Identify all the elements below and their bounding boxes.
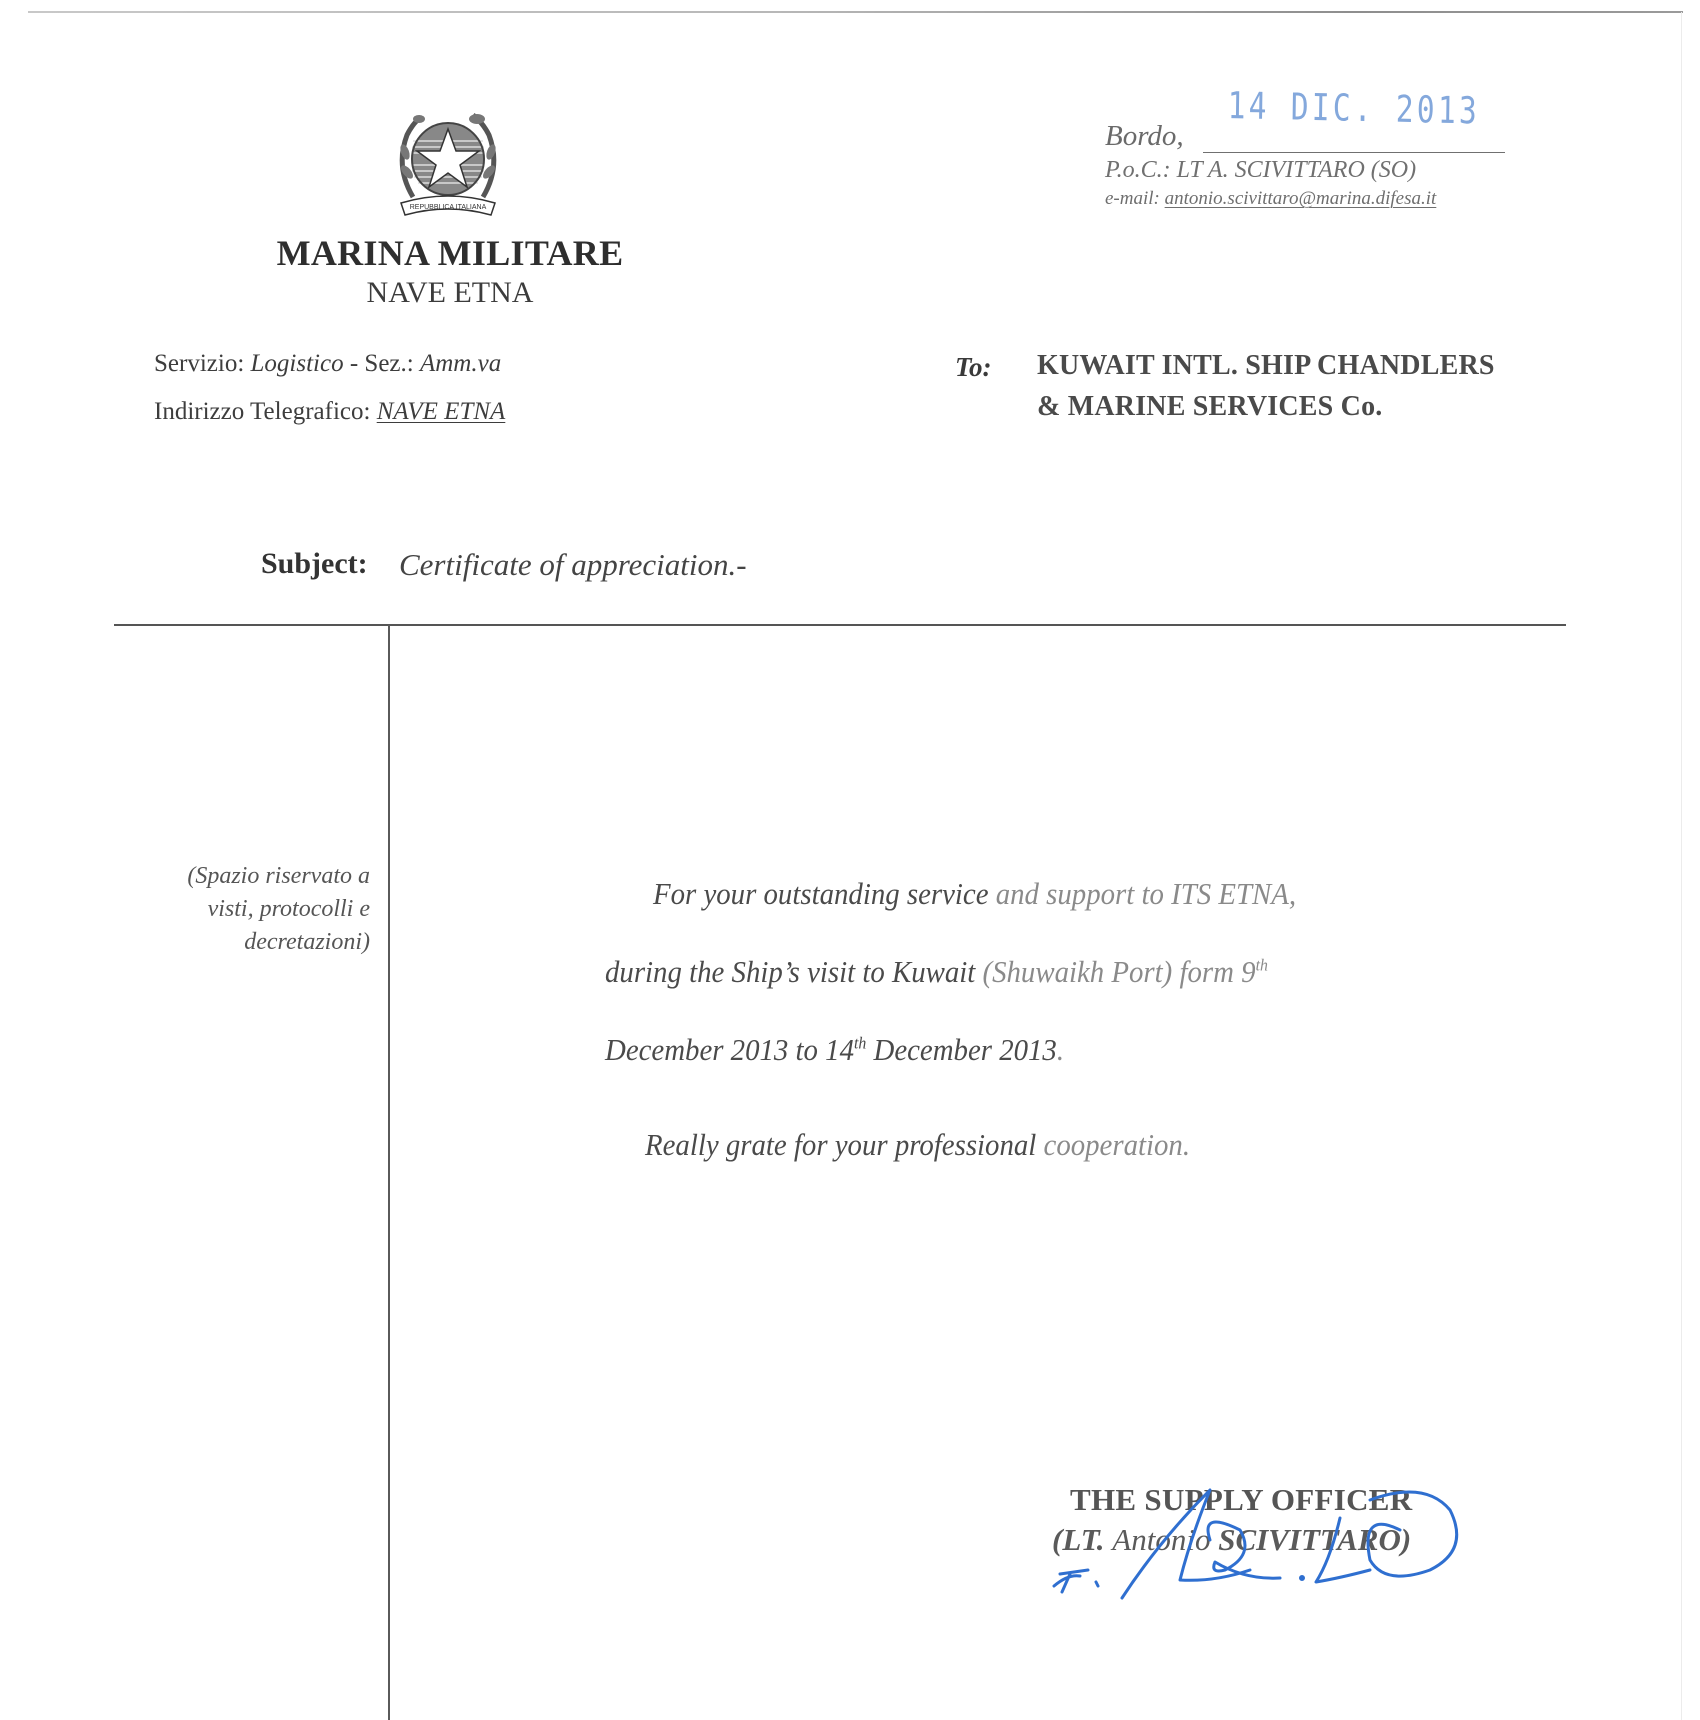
servizio-label: Servizio:: [154, 350, 244, 377]
recipient-line-2: & MARINE SERVICES Co.: [1037, 391, 1382, 423]
email-link[interactable]: antonio.scivittaro@marina.difesa.it: [1165, 188, 1437, 209]
italian-republic-emblem-icon: REPUBBLICA ITALIANA: [393, 107, 503, 225]
reserved-space-note: (Spazio riservato a visti, protocolli e …: [140, 860, 370, 959]
subject-value: Certificate of appreciation.-: [399, 547, 747, 583]
ordinal-suffix: th: [854, 1034, 866, 1053]
email-line: e-mail: antonio.scivittaro@marina.difesa…: [1105, 188, 1436, 210]
ordinal-suffix: th: [1256, 956, 1268, 975]
side-note-line: visti, protocolli e: [140, 893, 370, 926]
body-paragraph-line-1: For your outstanding service and support…: [653, 876, 1296, 912]
right-edge-line: [1681, 12, 1682, 1720]
body-text: (Shuwaikh Port) form 9: [982, 954, 1255, 989]
recipient-line-1: KUWAIT INTL. SHIP CHANDLERS: [1037, 350, 1495, 382]
point-of-contact: P.o.C.: LT A. SCIVITTARO (SO): [1105, 157, 1416, 184]
body-text: and support to ITS ETNA,: [996, 876, 1296, 911]
body-text: Really grate for your professional: [645, 1127, 1044, 1162]
place-label: Bordo,: [1105, 120, 1184, 153]
body-text: December 2013 to 14: [605, 1032, 854, 1067]
body-text: For your outstanding service: [653, 876, 996, 911]
date-underline: [1203, 152, 1505, 153]
recipient-label: To:: [955, 352, 992, 383]
sezione-value: Amm.va: [420, 350, 501, 377]
top-border-line: [28, 11, 1683, 13]
sezione-label: Sez.:: [364, 350, 413, 377]
horizontal-divider: [114, 624, 1566, 626]
indirizzo-label: Indirizzo Telegrafico:: [154, 398, 370, 425]
body-text: during the Ship’s visit to Kuwait: [605, 954, 982, 989]
body-text: December 2013: [866, 1032, 1057, 1067]
email-label: e-mail:: [1105, 188, 1160, 209]
date-stamp: 14 DIC. 2013: [1227, 84, 1480, 132]
servizio-line: Servizio: Logistico - Sez.: Amm.va: [154, 350, 501, 378]
svg-text:REPUBBLICA ITALIANA: REPUBBLICA ITALIANA: [410, 204, 487, 211]
body-paragraph-line-2: during the Ship’s visit to Kuwait (Shuwa…: [605, 954, 1268, 990]
separator: -: [344, 350, 365, 377]
indirizzo-line: Indirizzo Telegrafico: NAVE ETNA: [154, 398, 505, 426]
body-paragraph-line-3: December 2013 to 14th December 2013.: [605, 1032, 1064, 1068]
side-note-line: (Spazio riservato a: [140, 860, 370, 893]
ship-name: NAVE ETNA: [200, 276, 700, 310]
subject-label: Subject:: [261, 547, 368, 581]
servizio-value: Logistico: [251, 350, 344, 377]
body-text: .: [1057, 1032, 1064, 1067]
body-paragraph-line-4: Really grate for your professional coope…: [645, 1127, 1190, 1163]
handwritten-signature-icon: [1040, 1470, 1500, 1600]
indirizzo-value: NAVE ETNA: [377, 398, 506, 425]
side-note-line: decretazioni): [140, 926, 370, 959]
organization-name: MARINA MILITARE: [200, 232, 700, 274]
vertical-divider: [388, 625, 390, 1720]
body-text: cooperation.: [1044, 1127, 1191, 1162]
